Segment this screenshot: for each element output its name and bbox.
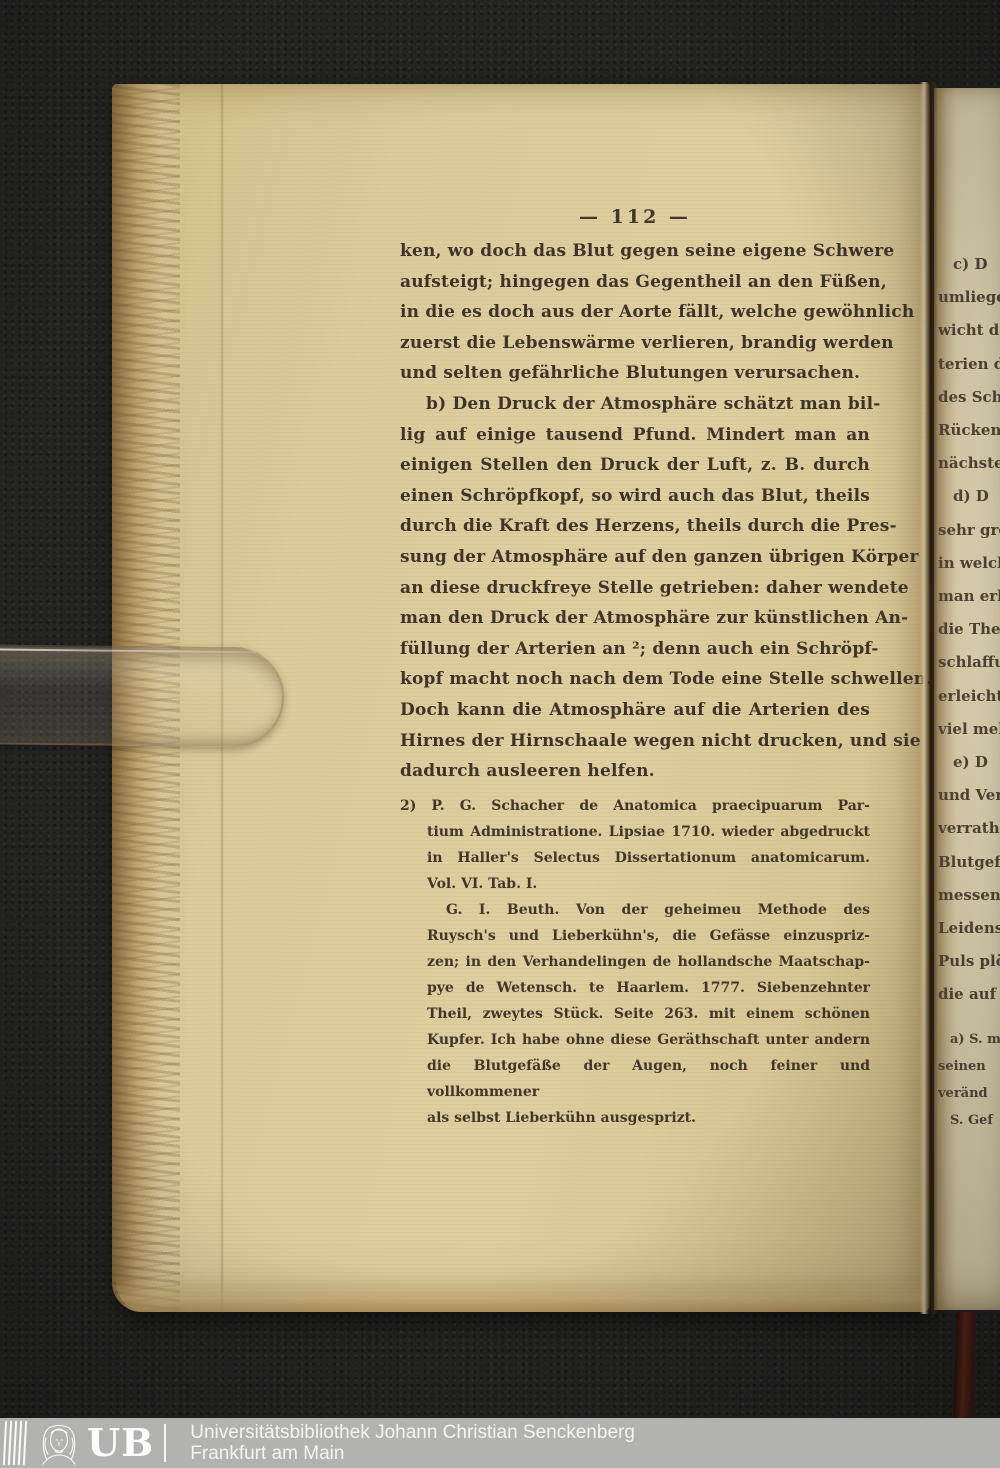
- footnote-fragment: veränd: [938, 1080, 1000, 1107]
- text-fragment: Rückens,: [938, 414, 1000, 447]
- footnote-line: 2) P. G. Schacher de Anatomica praecipua…: [400, 793, 870, 819]
- senckenberg-portrait-icon: [33, 1420, 85, 1466]
- text-fragment: Puls plö: [938, 945, 1000, 978]
- text-fragment: sehr groß: [938, 514, 1000, 547]
- facing-page-footnote-fragments: a) S. mseinenverändS. Gef: [938, 1026, 1000, 1134]
- text-fragment: in welche: [938, 547, 1000, 580]
- footnote-line: G. I. Beuth. Von der geheimeu Methode de…: [400, 897, 870, 923]
- paragraph-1: ken, wo doch das Blut gegen seine eigene…: [400, 236, 870, 389]
- page-number: — 112 —: [400, 206, 870, 228]
- text-line: man den Druck der Atmosphäre zur künstli…: [400, 603, 870, 634]
- text-line: füllung der Arterien an ²; denn auch ein…: [400, 634, 870, 665]
- text-fragment: terien der: [938, 348, 1000, 381]
- text-line: in die es doch aus der Aorte fällt, welc…: [400, 297, 870, 328]
- text-fragment: verrathe: [938, 812, 1000, 845]
- footnote-line: Kupfer. Ich habe ohne diese Geräthschaft…: [400, 1027, 870, 1053]
- text-fragment: umliegend: [938, 281, 1000, 314]
- text-fragment: wicht des: [938, 314, 1000, 347]
- text-line: und selten gefährliche Blutungen verursa…: [400, 358, 870, 389]
- facing-page-sliver: c) Dumliegendwicht desterien derdes Sche…: [934, 88, 1000, 1310]
- facing-page-text-fragments: c) Dumliegendwicht desterien derdes Sche…: [938, 248, 1000, 1012]
- text-fragment: die auf d: [938, 978, 1000, 1011]
- book-scan-photo: — 112 — ken, wo doch das Blut gegen sein…: [0, 0, 1000, 1468]
- text-fragment: messenen: [938, 879, 1000, 912]
- text-line: Hirnes der Hirnschaale wegen nicht druck…: [400, 726, 870, 757]
- library-name: Universitätsbibliothek Johann Christian …: [190, 1422, 635, 1464]
- page-bottom-edge: [116, 1278, 928, 1312]
- text-fragment: schlaffung: [938, 646, 1000, 679]
- text-fragment: Blutgefä: [938, 846, 1000, 879]
- text-fragment: e) D: [938, 746, 1000, 779]
- text-fragment: und Verh: [938, 779, 1000, 812]
- footnote-block: 2) P. G. Schacher de Anatomica praecipua…: [400, 793, 870, 1131]
- text-fragment: d) D: [938, 480, 1000, 513]
- footnote-line: Theil, zweytes Stück. Seite 263. mit ein…: [400, 1001, 870, 1027]
- library-name-line2: Frankfurt am Main: [190, 1443, 635, 1464]
- footnote-line: zen; in den Verhandelingen de hollandsch…: [400, 949, 870, 975]
- text-line: einen Schröpfkopf, so wird auch das Blut…: [400, 481, 870, 512]
- ub-logo-text: UB: [87, 1420, 154, 1466]
- book-spine-lines-icon: [4, 1421, 29, 1465]
- text-line: sung der Atmosphäre auf den ganzen übrig…: [400, 542, 870, 573]
- text-fragment: erleichtern: [938, 680, 1000, 713]
- footnote-line: Vol. VI. Tab. I.: [400, 871, 870, 897]
- footnote-line: die Blutgefäße der Augen, noch feiner un…: [400, 1053, 870, 1105]
- footnote-line: pye de Wetensch. te Haarlem. 1777. Siebe…: [400, 975, 870, 1001]
- text-column: ken, wo doch das Blut gegen seine eigene…: [400, 236, 870, 1131]
- book-gutter-fold: [920, 82, 938, 1314]
- ub-logo: UB: [4, 1420, 190, 1466]
- footnote-line: Ruysch's und Lieberkühn's, die Gefässe e…: [400, 923, 870, 949]
- library-name-line1: Universitätsbibliothek Johann Christian …: [190, 1422, 635, 1443]
- text-fragment: die Theile: [938, 613, 1000, 646]
- text-fragment: c) D: [938, 248, 1000, 281]
- text-line: einigen Stellen den Druck der Luft, z. B…: [400, 450, 870, 481]
- text-fragment: des Schen: [938, 381, 1000, 414]
- footnote-line: in Haller's Selectus Dissertationum anat…: [400, 845, 870, 871]
- text-line: Doch kann die Atmosphäre auf die Arterie…: [400, 695, 870, 726]
- footnote-fragment: seinen: [938, 1053, 1000, 1080]
- paragraph-2: b) Den Druck der Atmosphäre schätzt man …: [400, 389, 870, 787]
- footnote-line: tium Administratione. Lipsiae 1710. wied…: [400, 819, 870, 845]
- footnote-fragment: S. Gef: [938, 1107, 1000, 1134]
- text-line: kopf macht noch nach dem Tode eine Stell…: [400, 664, 870, 695]
- library-banner: UB Universitätsbibliothek Johann Christi…: [0, 1418, 1000, 1468]
- text-line: zuerst die Lebenswärme verlieren, brandi…: [400, 328, 870, 359]
- text-line: aufsteigt; hingegen das Gegentheil an de…: [400, 267, 870, 298]
- footnote-line: als selbst Lieberkühn ausgesprizt.: [400, 1105, 870, 1131]
- footnote-fragment: a) S. m: [938, 1026, 1000, 1053]
- logo-separator: [164, 1424, 166, 1462]
- text-line: ken, wo doch das Blut gegen seine eigene…: [400, 236, 870, 267]
- cover-edge-strip: [953, 1312, 976, 1421]
- text-line: an diese druckfreye Stelle getrieben: da…: [400, 573, 870, 604]
- text-line: lig auf einige tausend Pfund. Mindert ma…: [400, 420, 870, 451]
- text-line: b) Den Druck der Atmosphäre schätzt man …: [400, 389, 870, 420]
- text-fragment: man erklä: [938, 580, 1000, 613]
- text-fragment: Leidensch: [938, 912, 1000, 945]
- text-fragment: nächsten A: [938, 447, 1000, 480]
- plastic-page-holder: [0, 644, 285, 747]
- text-line: dadurch ausleeren helfen.: [400, 756, 870, 787]
- text-line: durch die Kraft des Herzens, theils durc…: [400, 511, 870, 542]
- text-fragment: viel mehr: [938, 713, 1000, 746]
